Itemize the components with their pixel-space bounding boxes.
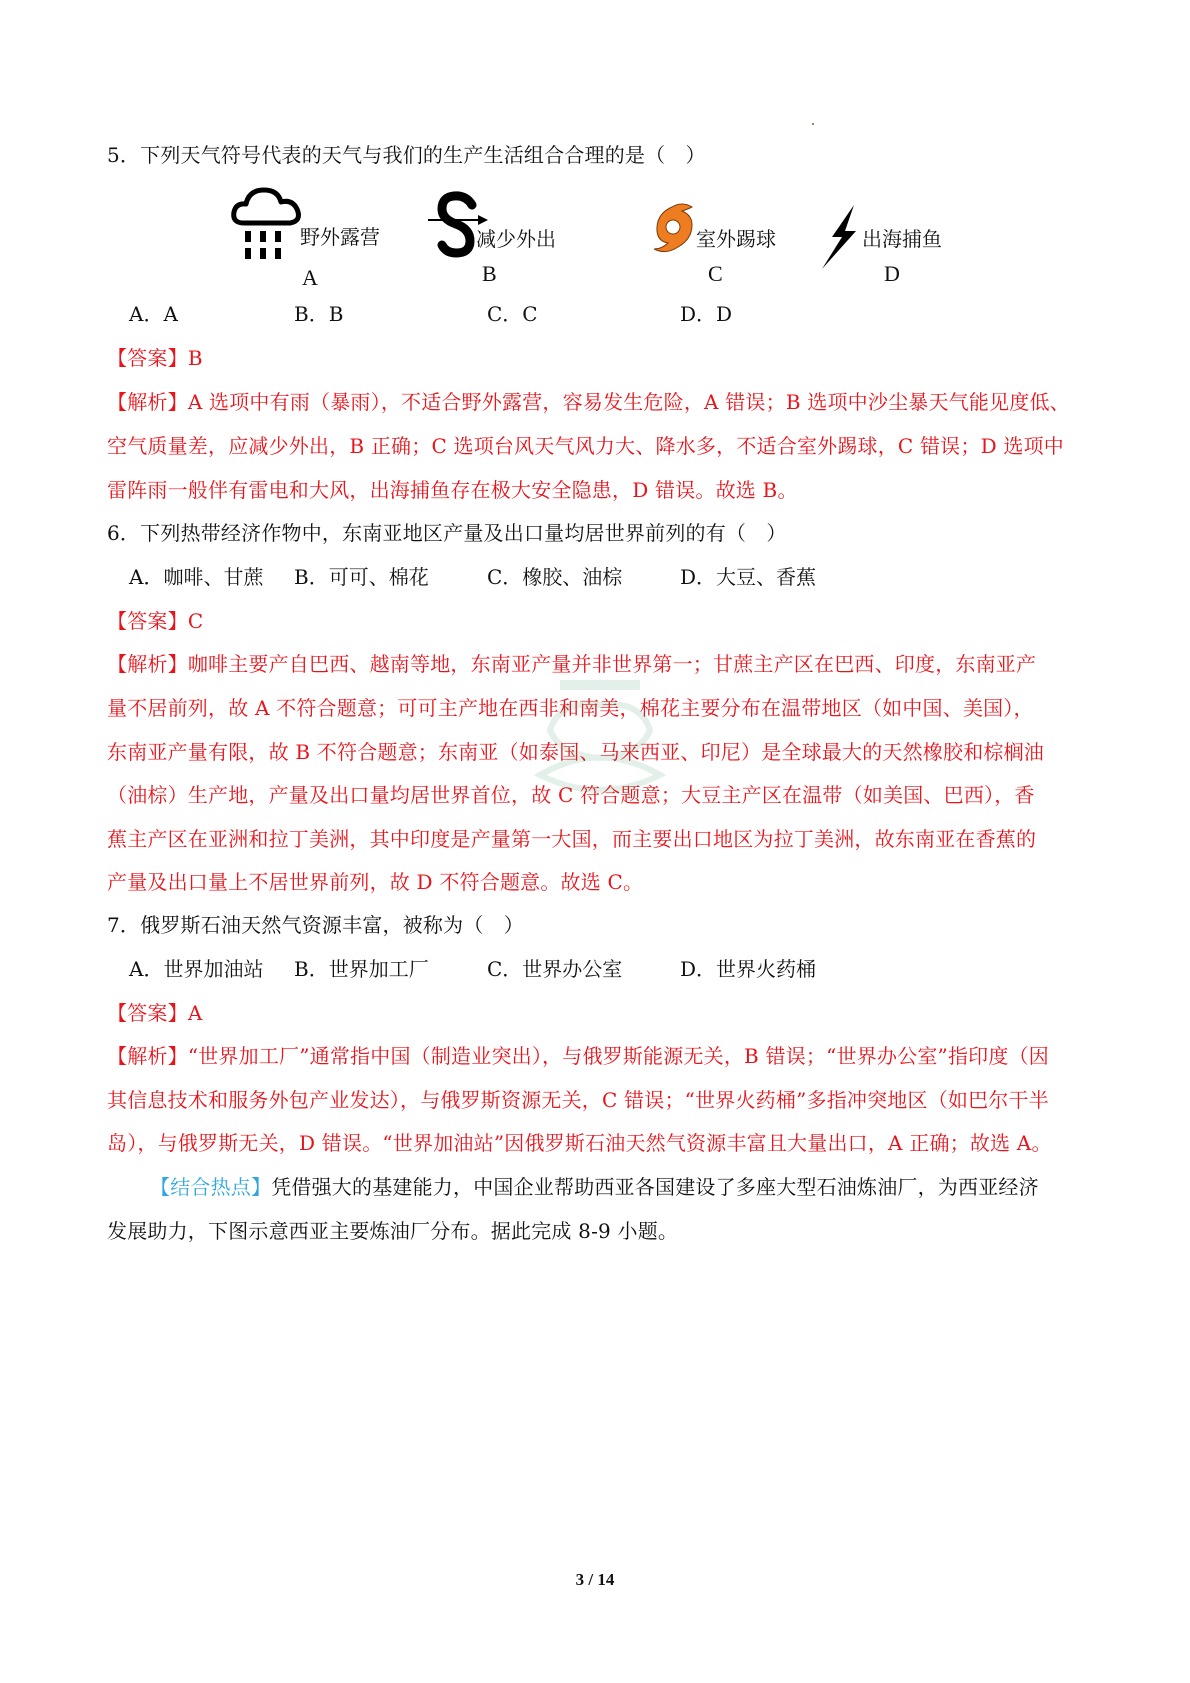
symbol-d-letter: D	[884, 261, 900, 287]
symbol-d: 出海捕鱼 D	[818, 185, 968, 305]
option-a: A．咖啡、甘蔗	[129, 564, 263, 590]
question-6-analysis-line-3: 东南亚产量有限，故 B 不符合题意；东南亚（如泰国、马来西亚、印尼）是全球最大的…	[107, 739, 1087, 765]
symbol-b-letter: B	[482, 261, 497, 287]
question-5-answer: 【答案】B	[107, 345, 1087, 371]
symbol-b-label: 减少外出	[476, 223, 556, 252]
question-6-analysis-line-4: （油棕）生产地，产量及出口量均居世界首位，故 C 符合题意；大豆主产区在温带（如…	[107, 782, 1087, 808]
question-7-analysis-line-1: 【解析】“世界加工厂”通常指中国（制造业突出），与俄罗斯能源无关，B 错误；“世…	[107, 1043, 1087, 1069]
option-b: B．世界加工厂	[294, 956, 429, 982]
hotspot-line-1: 【结合热点】凭借强大的基建能力，中国企业帮助西亚各国建设了多座大型石油炼油厂，为…	[150, 1174, 1090, 1200]
analysis-text: A 选项中有雨（暴雨），不适合野外露营，容易发生危险，A 错误；B 选项中沙尘暴…	[188, 390, 1070, 414]
question-7-stem: 7．俄罗斯石油天然气资源丰富，被称为（ ）	[107, 912, 1087, 938]
option-b: B．B	[294, 301, 343, 327]
symbol-c-label: 室外踢球	[696, 223, 776, 252]
symbol-b: 减少外出 B	[428, 185, 568, 305]
answer-tag: 【答案】	[107, 346, 188, 370]
question-6-analysis-line-6: 产量及出口量上不居世界前列，故 D 不符合题意。故选 C。	[107, 869, 1087, 895]
option-a: A．世界加油站	[129, 956, 263, 982]
symbol-a-letter: A	[302, 265, 318, 291]
answer-value: B	[188, 346, 203, 370]
answer-value: C	[188, 609, 204, 633]
option-d: D．世界火药桶	[680, 956, 816, 982]
option-b: B．可可、棉花	[294, 564, 429, 590]
hotspot-text: 凭借强大的基建能力，中国企业帮助西亚各国建设了多座大型石油炼油厂，为西亚经济	[271, 1175, 1039, 1199]
answer-tag: 【答案】	[107, 1001, 188, 1025]
analysis-tag: 【解析】	[107, 1044, 188, 1068]
analysis-tag: 【解析】	[107, 652, 188, 676]
question-6-analysis-line-2: 量不居前列，故 A 不符合题意；可可主产地在西非和南美，棉花主要分布在温带地区（…	[107, 695, 1087, 721]
question-6-analysis-line-5: 蕉主产区在亚洲和拉丁美洲，其中印度是产量第一大国，而主要出口地区为拉丁美洲，故东…	[107, 826, 1087, 852]
scan-speck	[812, 123, 814, 125]
symbol-c-letter: C	[708, 261, 723, 287]
question-6-stem: 6．下列热带经济作物中，东南亚地区产量及出口量均居世界前列的有（ ）	[107, 520, 1087, 546]
option-c: C．世界办公室	[487, 956, 622, 982]
analysis-text: “世界加工厂”通常指中国（制造业突出），与俄罗斯能源无关，B 错误；“世界办公室…	[188, 1044, 1049, 1068]
question-5-analysis-line-3: 雷阵雨一般伴有雷电和大风，出海捕鱼存在极大安全隐患，D 错误。故选 B。	[107, 477, 1087, 503]
symbol-c: 室外踢球 C	[652, 185, 792, 305]
question-7-answer: 【答案】A	[107, 1000, 1087, 1026]
question-7-analysis-line-3: 岛），与俄罗斯无关，D 错误。“世界加油站”因俄罗斯石油天然气资源丰富且大量出口…	[107, 1130, 1087, 1156]
option-c: C．橡胶、油棕	[487, 564, 622, 590]
hotspot-line-2: 发展助力，下图示意西亚主要炼油厂分布。据此完成 8-9 小题。	[107, 1218, 1087, 1244]
heavy-rain-icon	[230, 185, 305, 265]
question-6-answer: 【答案】C	[107, 608, 1087, 634]
option-a: A．A	[129, 301, 178, 327]
analysis-tag: 【解析】	[107, 390, 188, 414]
question-5-analysis-line-2: 空气质量差，应减少外出，B 正确；C 选项台风天气风力大、降水多，不适合室外踢球…	[107, 433, 1087, 459]
question-5-stem: 5．下列天气符号代表的天气与我们的生产生活组合合理的是（ ）	[107, 142, 1087, 168]
option-c: C．C	[487, 301, 538, 327]
symbol-a-label: 野外露营	[300, 221, 380, 250]
option-d: D．D	[680, 301, 732, 327]
page-number: 3 / 14	[0, 1570, 1190, 1590]
option-d: D．大豆、香蕉	[680, 564, 816, 590]
question-5-analysis-line-1: 【解析】A 选项中有雨（暴雨），不适合野外露营，容易发生危险，A 错误；B 选项…	[107, 389, 1087, 415]
hotspot-tag: 【结合热点】	[150, 1175, 271, 1199]
symbol-d-label: 出海捕鱼	[862, 223, 942, 252]
symbol-a: 野外露营 A	[230, 185, 390, 305]
typhoon-icon	[652, 201, 696, 255]
answer-tag: 【答案】	[107, 609, 188, 633]
question-7-analysis-line-2: 其信息技术和服务外包产业发达），与俄罗斯资源无关，C 错误；“世界火药桶”多指冲…	[107, 1087, 1087, 1113]
question-6-analysis-line-1: 【解析】咖啡主要产自巴西、越南等地，东南亚产量并非世界第一；甘蔗主产区在巴西、印…	[107, 651, 1087, 677]
answer-value: A	[188, 1001, 203, 1025]
thunder-lightning-icon	[818, 205, 860, 271]
analysis-text: 咖啡主要产自巴西、越南等地，东南亚产量并非世界第一；甘蔗主产区在巴西、印度，东南…	[188, 652, 1036, 676]
